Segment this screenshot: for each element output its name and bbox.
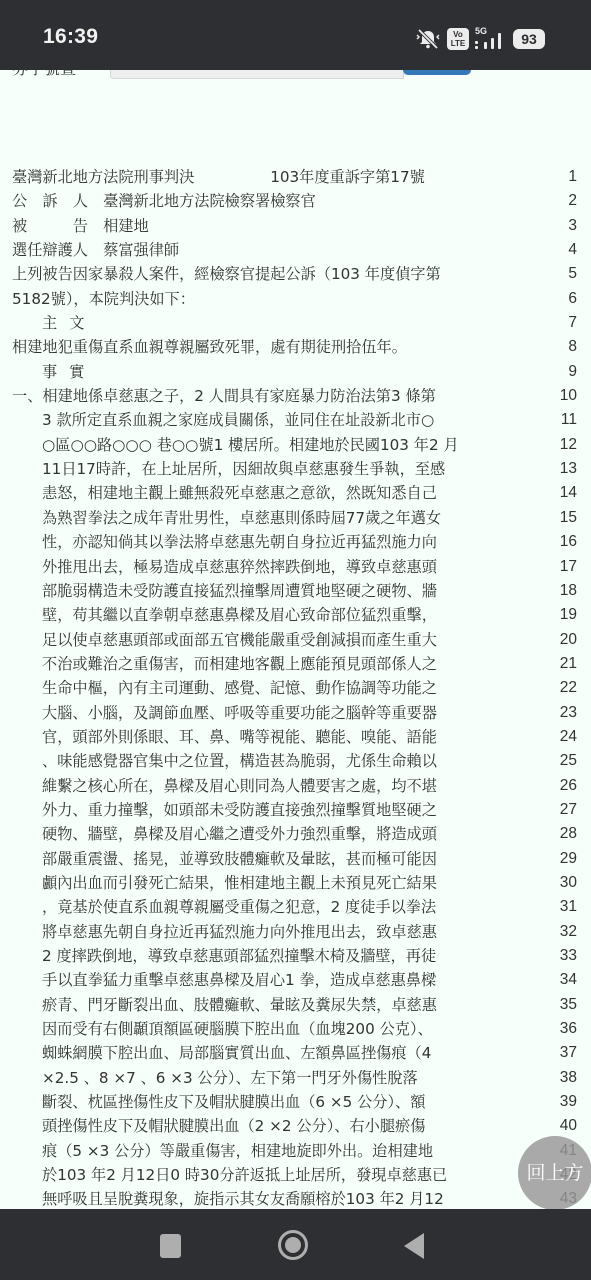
document-line: 部嚴重震盪、搖晃，並導致肢體癱軟及暈眩，甚而極可能因29 [0, 847, 591, 871]
document-line: ○區○○路○○○ 巷○○號1 樓居所。相建地於民國103 年2 月12 [0, 433, 591, 457]
line-text: 於103 年2 月12日0 時30分許返抵上址居所，發現卓慈惠已 [42, 1163, 447, 1187]
back-icon[interactable] [404, 1233, 424, 1259]
line-number: 4 [547, 238, 577, 262]
line-text: 不治或難治之重傷害，而相建地客觀上應能預見頭部係人之 [42, 652, 437, 676]
line-number: 3 [547, 214, 577, 238]
line-text: 3 款所定直系血親之家庭成員關係，並同住在址設新北市○ [42, 408, 434, 432]
line-text: 選任辯護人 蔡富强律師 [12, 238, 179, 262]
line-number: 10 [547, 384, 577, 408]
document-line: 3 款所定直系血親之家庭成員關係，並同住在址設新北市○11 [0, 408, 591, 432]
document-line: 相建地犯重傷直系血親尊親屬致死罪，處有期徒刑拾伍年。8 [0, 335, 591, 359]
document-line: ×2.5 、8 ×7 、6 ×3 公分）、左下第一門牙外傷性脫落38 [0, 1066, 591, 1090]
document-line: 性，亦認知倘其以拳法將卓慈惠先朝自身拉近再猛烈施力向16 [0, 530, 591, 554]
line-number: 8 [547, 335, 577, 359]
line-number: 35 [547, 993, 577, 1017]
line-number: 16 [547, 530, 577, 554]
document-line: 、味能感覺器官集中之位置，構造甚為脆弱，尤係生命賴以25 [0, 749, 591, 773]
line-number: 28 [547, 822, 577, 846]
line-text: ○區○○路○○○ 巷○○號1 樓居所。相建地於民國103 年2 月 [42, 433, 459, 457]
document-line: 外力、重力撞擊，如頭部未受防護直接強烈撞擊質地堅硬之27 [0, 798, 591, 822]
line-number: 30 [547, 871, 577, 895]
line-text: 壁，苟其繼以直拳朝卓慈惠鼻樑及眉心致命部位猛烈重擊， [42, 603, 437, 627]
document-line: 大腦、小腦，及調節血壓、呼吸等重要功能之腦幹等重要器23 [0, 701, 591, 725]
home-icon[interactable] [278, 1230, 308, 1260]
line-number: 24 [547, 725, 577, 749]
document-line: 上列被告因家暴殺人案件，經檢察官提起公訴（103 年度偵字第5 [0, 262, 591, 286]
section-heading-line: 事實9 [0, 360, 591, 384]
line-text: 、味能感覺器官集中之位置，構造甚為脆弱，尤係生命賴以 [42, 749, 437, 773]
line-text: 瘀青、門牙斷裂出血、肢體癱軟、暈眩及糞尿失禁，卓慈惠 [42, 993, 437, 1017]
document-line: 因而受有右側顳頂額區硬腦膜下腔出血（血塊200 公克）、36 [0, 1017, 591, 1041]
line-number: 23 [547, 701, 577, 725]
line-number: 37 [547, 1041, 577, 1065]
line-text: 顱內出血而引發死亡結果，惟相建地主觀上未預見死亡結果 [42, 871, 437, 895]
line-text: 臺灣新北地方法院刑事判決 103年度重訴字第17號 [12, 165, 425, 189]
line-number: 20 [547, 628, 577, 652]
line-number: 11 [547, 408, 577, 432]
judgment-document: 臺灣新北地方法院刑事判決 103年度重訴字第17號1公 訴 人 臺灣新北地方法院… [0, 165, 591, 1236]
document-line: 官，頭部外則係眼、耳、鼻、嘴等視能、聽能、嗅能、語能24 [0, 725, 591, 749]
line-text: 痕（5 ×3 公分）等嚴重傷害，相建地旋即外出。迨相建地 [42, 1139, 433, 1163]
line-text: 硬物、牆壁，鼻樑及眉心繼之遭受外力強烈重擊，將造成頭 [42, 822, 437, 846]
document-line: 部脆弱構造未受防護直接猛烈撞擊周遭質地堅硬之硬物、牆18 [0, 579, 591, 603]
line-number: 36 [547, 1017, 577, 1041]
line-text: 主文 [42, 311, 96, 335]
document-line: 5182號），本院判決如下：6 [0, 287, 591, 311]
document-line: 維繫之核心所在，鼻樑及眉心則同為人體要害之處，均不堪26 [0, 774, 591, 798]
line-text: 上列被告因家暴殺人案件，經檢察官提起公訴（103 年度偵字第 [12, 262, 441, 286]
recents-icon[interactable] [160, 1234, 181, 1258]
volte-icon: Vo LTE [447, 28, 469, 50]
section-heading-line: 主文7 [0, 311, 591, 335]
line-text: 大腦、小腦，及調節血壓、呼吸等重要功能之腦幹等重要器 [42, 701, 437, 725]
line-number: 15 [547, 506, 577, 530]
document-line: 為熟習拳法之成年青壯男性，卓慈惠則係時屆77歲之年邁女15 [0, 506, 591, 530]
line-text: 相建地犯重傷直系血親尊親屬致死罪，處有期徒刑拾伍年。 [12, 335, 407, 359]
line-number: 1 [547, 165, 577, 189]
line-number: 14 [547, 481, 577, 505]
line-text: 部嚴重震盪、搖晃，並導致肢體癱軟及暈眩，甚而極可能因 [42, 847, 437, 871]
line-number: 9 [547, 360, 577, 384]
line-number: 33 [547, 944, 577, 968]
line-text: 2 度摔跌倒地，導致卓慈惠頭部猛烈撞擊木椅及牆壁，再徒 [42, 944, 436, 968]
line-text: 外推甩出去，極易造成卓慈惠猝然摔跌倒地，導致卓慈惠頭 [42, 555, 437, 579]
document-line: 11日17時許，在上址居所，因細故與卓慈惠發生爭執，至感13 [0, 457, 591, 481]
line-number: 39 [547, 1090, 577, 1114]
document-line: 將卓慈惠先朝自身拉近再猛烈施力向外推甩出去，致卓慈惠32 [0, 920, 591, 944]
battery-icon: 93 [513, 29, 545, 49]
line-number: 13 [547, 457, 577, 481]
line-text: 手以直拳猛力重擊卓慈惠鼻樑及眉心1 拳，造成卓慈惠鼻樑 [42, 968, 436, 992]
line-number: 7 [547, 311, 577, 335]
line-number: 25 [547, 749, 577, 773]
line-text: 因而受有右側顳頂額區硬腦膜下腔出血（血塊200 公克）、 [42, 1017, 433, 1041]
line-number: 32 [547, 920, 577, 944]
line-text: 維繫之核心所在，鼻樑及眉心則同為人體要害之處，均不堪 [42, 774, 437, 798]
document-line: 斷裂、枕區挫傷性皮下及帽狀腱膜出血（6 ×5 公分）、額39 [0, 1090, 591, 1114]
line-number: 27 [547, 798, 577, 822]
line-number: 26 [547, 774, 577, 798]
line-number: 12 [547, 433, 577, 457]
line-text: 性，亦認知倘其以拳法將卓慈惠先朝自身拉近再猛烈施力向 [42, 530, 437, 554]
document-line: 2 度摔跌倒地，導致卓慈惠頭部猛烈撞擊木椅及牆壁，再徒33 [0, 944, 591, 968]
document-line: 蜘蛛網膜下腔出血、局部腦實質出血、左額鼻區挫傷痕（437 [0, 1041, 591, 1065]
signal-5g-icon: 5G [475, 28, 507, 50]
document-line: 被 告 相建地3 [0, 214, 591, 238]
line-text: 官，頭部外則係眼、耳、鼻、嘴等視能、聽能、嗅能、語能 [42, 725, 437, 749]
line-text: 蜘蛛網膜下腔出血、局部腦實質出血、左額鼻區挫傷痕（4 [42, 1041, 431, 1065]
document-line: 選任辯護人 蔡富强律師4 [0, 238, 591, 262]
document-line: 一、相建地係卓慈惠之子，2 人間具有家庭暴力防治法第3 條第10 [0, 384, 591, 408]
line-number: 2 [547, 189, 577, 213]
document-line: 瘀青、門牙斷裂出血、肢體癱軟、暈眩及糞尿失禁，卓慈惠35 [0, 993, 591, 1017]
document-line: 公 訴 人 臺灣新北地方法院檢察署檢察官2 [0, 189, 591, 213]
document-line: 足以使卓慈惠頭部或面部五官機能嚴重受創減損而產生重大20 [0, 628, 591, 652]
line-number: 34 [547, 968, 577, 992]
line-text: 無呼吸且呈脫糞現象，旋指示其女友喬願榕於103 年2 月12 [42, 1187, 444, 1211]
document-line: 顱內出血而引發死亡結果，惟相建地主觀上未預見死亡結果30 [0, 871, 591, 895]
line-text: 頭挫傷性皮下及帽狀腱膜出血（2 ×2 公分）、右小腿瘀傷 [42, 1114, 425, 1138]
document-line: ，竟基於使直系血親尊親屬受重傷之犯意，2 度徒手以拳法31 [0, 895, 591, 919]
line-number: 21 [547, 652, 577, 676]
line-text: 5182號），本院判決如下： [12, 287, 195, 311]
line-number: 5 [547, 262, 577, 286]
line-number: 18 [547, 579, 577, 603]
document-line: 痕（5 ×3 公分）等嚴重傷害，相建地旋即外出。迨相建地41 [0, 1139, 591, 1163]
line-number: 6 [547, 287, 577, 311]
line-text: 為熟習拳法之成年青壯男性，卓慈惠則係時屆77歲之年邁女 [42, 506, 441, 530]
line-number: 40 [547, 1114, 577, 1138]
line-number: 31 [547, 895, 577, 919]
line-text: 部脆弱構造未受防護直接猛烈撞擊周遭質地堅硬之硬物、牆 [42, 579, 437, 603]
line-text: 斷裂、枕區挫傷性皮下及帽狀腱膜出血（6 ×5 公分）、額 [42, 1090, 425, 1114]
line-text: 恚怒，相建地主觀上雖無殺死卓慈惠之意欲，然既知悉自己 [42, 481, 437, 505]
line-text: ×2.5 、8 ×7 、6 ×3 公分）、左下第一門牙外傷性脫落 [42, 1066, 418, 1090]
line-text: 一、相建地係卓慈惠之子，2 人間具有家庭暴力防治法第3 條第 [12, 384, 436, 408]
line-text: 將卓慈惠先朝自身拉近再猛烈施力向外推甩出去，致卓慈惠 [42, 920, 437, 944]
document-line: 硬物、牆壁，鼻樑及眉心繼之遭受外力強烈重擊，將造成頭28 [0, 822, 591, 846]
line-number: 19 [547, 603, 577, 627]
bell-muted-icon [415, 28, 441, 50]
line-number: 17 [547, 555, 577, 579]
line-text: 生命中樞，內有主司運動、感覺、記憶、動作協調等功能之 [42, 676, 437, 700]
document-line: 外推甩出去，極易造成卓慈惠猝然摔跌倒地，導致卓慈惠頭17 [0, 555, 591, 579]
status-icons: Vo LTE 5G 93 [415, 27, 545, 51]
line-number: 29 [547, 847, 577, 871]
document-line: 恚怒，相建地主觀上雖無殺死卓慈惠之意欲，然既知悉自己14 [0, 481, 591, 505]
document-line: 於103 年2 月12日0 時30分許返抵上址居所，發現卓慈惠已42 [0, 1163, 591, 1187]
system-nav-bar [0, 1209, 591, 1280]
back-to-top-button[interactable]: 回上方 [518, 1136, 591, 1210]
status-bar: 16:39 Vo LTE 5G 93 [0, 0, 591, 70]
document-line: 壁，苟其繼以直拳朝卓慈惠鼻樑及眉心致命部位猛烈重擊，19 [0, 603, 591, 627]
line-text: ，竟基於使直系血親尊親屬受重傷之犯意，2 度徒手以拳法 [42, 895, 436, 919]
status-time: 16:39 [43, 25, 98, 49]
line-text: 外力、重力撞擊，如頭部未受防護直接強烈撞擊質地堅硬之 [42, 798, 437, 822]
document-line: 頭挫傷性皮下及帽狀腱膜出血（2 ×2 公分）、右小腿瘀傷40 [0, 1114, 591, 1138]
document-line: 不治或難治之重傷害，而相建地客觀上應能預見頭部係人之21 [0, 652, 591, 676]
document-line: 生命中樞，內有主司運動、感覺、記憶、動作協調等功能之22 [0, 676, 591, 700]
line-text: 被 告 相建地 [12, 214, 149, 238]
line-number: 22 [547, 676, 577, 700]
line-text: 事實 [42, 360, 96, 384]
line-text: 公 訴 人 臺灣新北地方法院檢察署檢察官 [12, 189, 316, 213]
document-line: 臺灣新北地方法院刑事判決 103年度重訴字第17號1 [0, 165, 591, 189]
line-text: 足以使卓慈惠頭部或面部五官機能嚴重受創減損而產生重大 [42, 628, 437, 652]
line-number: 38 [547, 1066, 577, 1090]
line-text: 11日17時許，在上址居所，因細故與卓慈惠發生爭執，至感 [42, 457, 445, 481]
document-line: 手以直拳猛力重擊卓慈惠鼻樑及眉心1 拳，造成卓慈惠鼻樑34 [0, 968, 591, 992]
